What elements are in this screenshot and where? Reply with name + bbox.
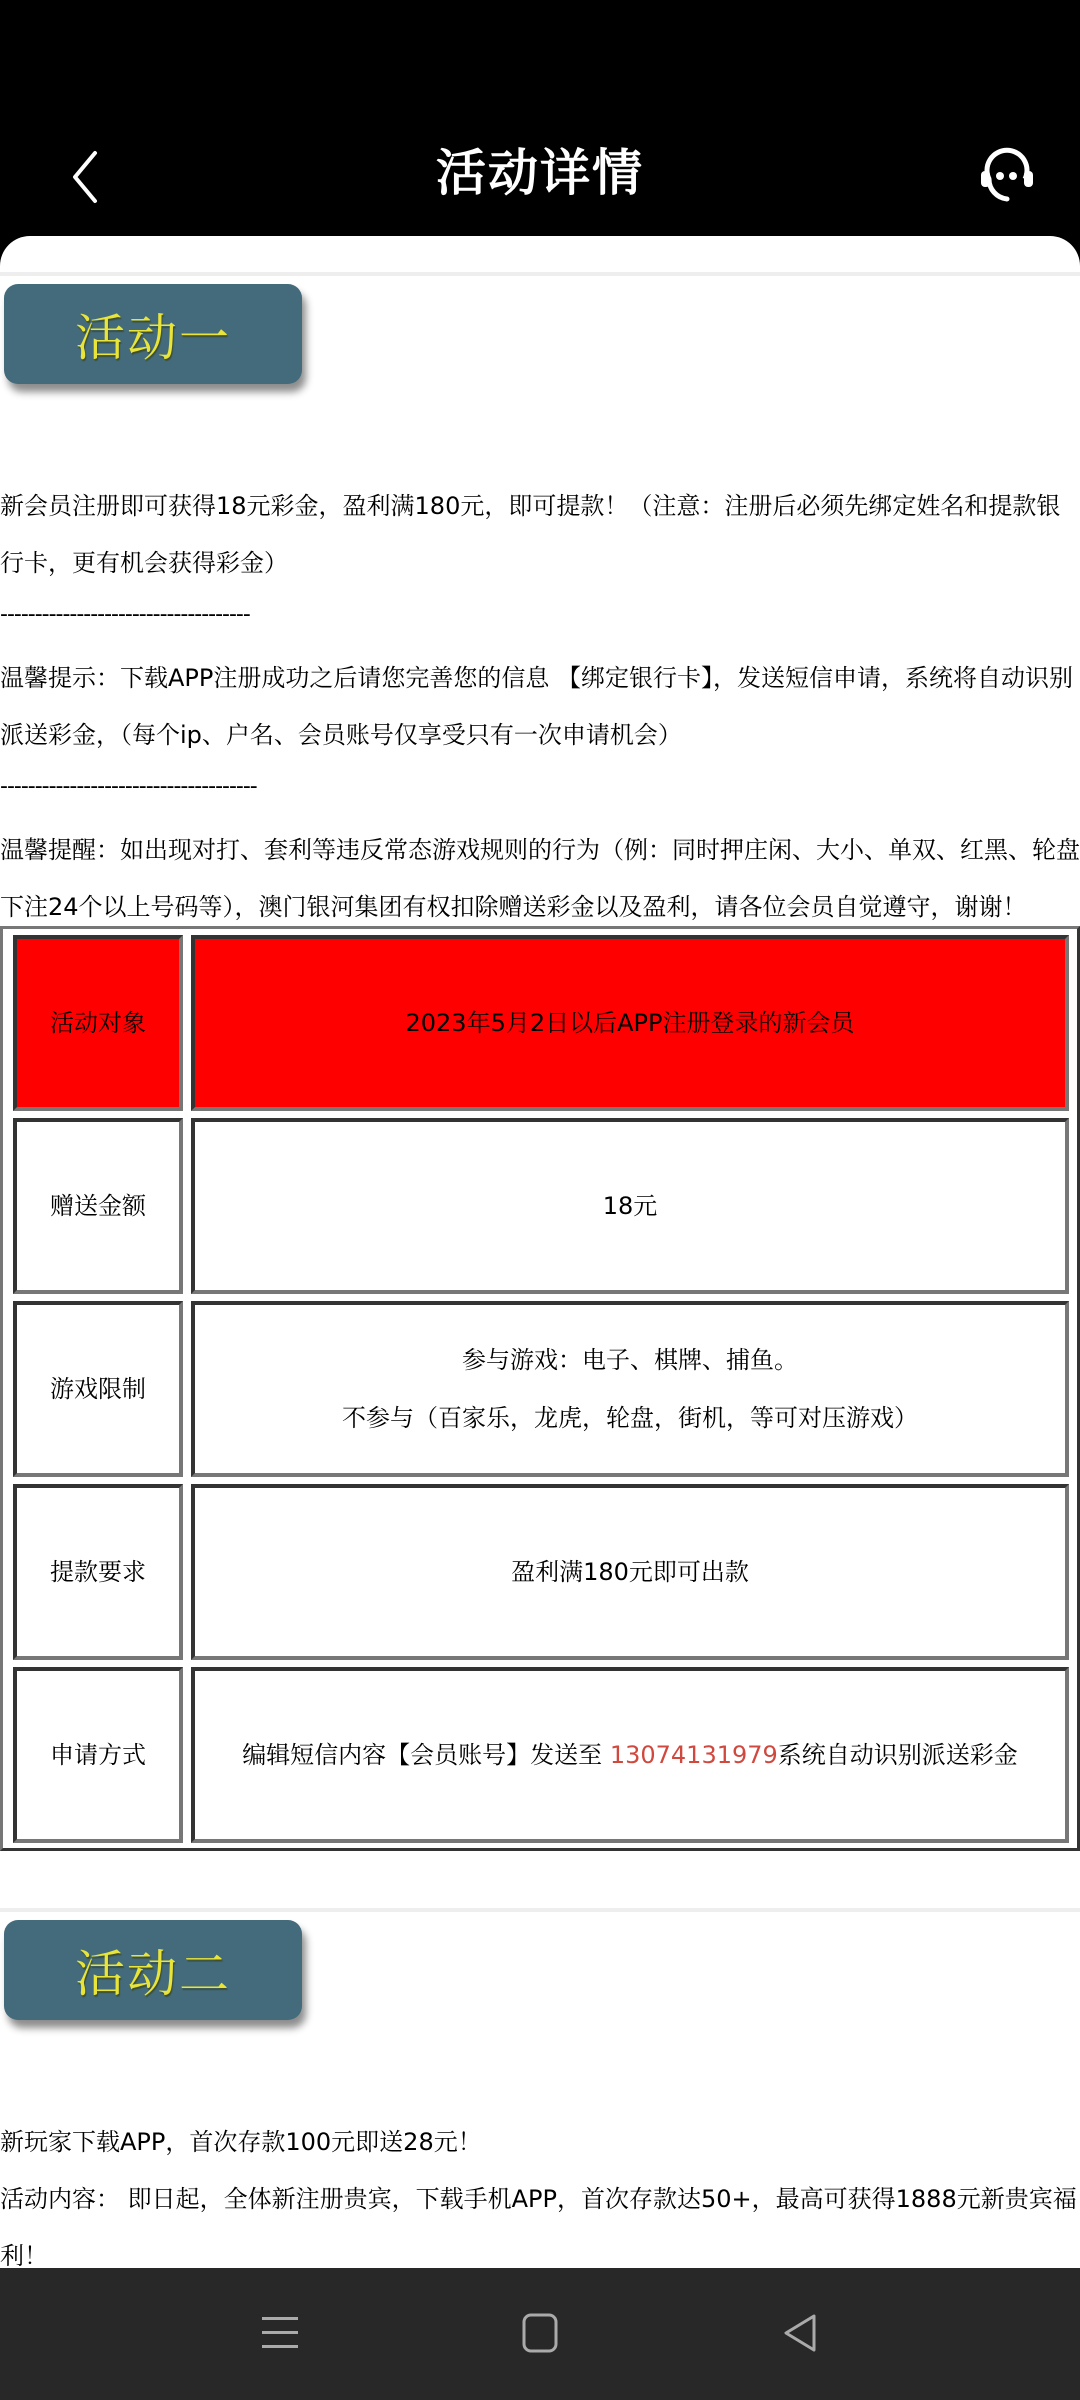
activity-one-label: 活动一 — [75, 298, 231, 370]
app-header: 活动详情 — [0, 120, 1080, 240]
dashed-divider: ------------------------------------- — [0, 774, 257, 799]
activity-content[interactable]: 活动一 新会员注册即可获得18元彩金，盈利满180元，即可提款！（注意：注册后必… — [0, 236, 1080, 2268]
activity-one-warning: 温馨提醒：如出现对打、套利等违反常态游戏规则的行为（例：同时押庄闲、大小、单双、… — [0, 822, 1080, 936]
promo-details-table: 活动对象 2023年5月2日以后APP注册登录的新会员 赠送金额 18元 游戏限… — [0, 926, 1080, 1851]
activity-one-intro: 新会员注册即可获得18元彩金，盈利满180元，即可提款！（注意：注册后必须先绑定… — [0, 478, 1080, 592]
customer-support-button[interactable] — [972, 142, 1042, 212]
menu-icon — [260, 2313, 300, 2353]
activity-one-tip: 温馨提示：下载APP注册成功之后请您完善您的信息 【绑定银行卡】，发送短信申请，… — [0, 650, 1080, 764]
row-label: 提款要求 — [13, 1484, 183, 1660]
system-nav-bar — [0, 2268, 1080, 2400]
apply-instructions: 编辑短信内容【会员账号】发送至 — [242, 1741, 610, 1769]
row-label: 申请方式 — [13, 1667, 183, 1843]
page-title: 活动详情 — [0, 138, 1080, 208]
row-label: 赠送金额 — [13, 1118, 183, 1294]
back-nav-button[interactable] — [760, 2298, 840, 2368]
table-row: 申请方式 编辑短信内容【会员账号】发送至 13074131979系统自动识别派送… — [9, 1667, 1075, 1843]
row-value: 参与游戏：电子、棋牌、捕鱼。 不参与（百家乐，龙虎，轮盘，街机，等可对压游戏） — [191, 1301, 1069, 1477]
row-value: 18元 — [191, 1118, 1069, 1294]
recent-apps-button[interactable] — [240, 2298, 320, 2368]
row-value: 2023年5月2日以后APP注册登录的新会员 — [191, 935, 1069, 1111]
divider — [0, 272, 1080, 276]
row-value: 盈利满180元即可出款 — [191, 1484, 1069, 1660]
divider — [0, 1908, 1080, 1912]
activity-two-content: 活动内容： 即日起，全体新注册贵宾，下载手机APP，首次存款达50+，最高可获得… — [0, 2171, 1080, 2268]
included-games: 参与游戏：电子、棋牌、捕鱼。 — [462, 1331, 798, 1389]
dashed-divider: ------------------------------------ — [0, 602, 250, 627]
activity-two-badge: 活动二 — [4, 1920, 302, 2020]
activity-two-title: 新玩家下载APP，首次存款100元即送28元！ — [0, 2114, 1080, 2171]
row-value: 编辑短信内容【会员账号】发送至 13074131979系统自动识别派送彩金 — [191, 1667, 1069, 1843]
row-label: 游戏限制 — [13, 1301, 183, 1477]
headset-support-icon — [975, 145, 1039, 209]
table-row: 游戏限制 参与游戏：电子、棋牌、捕鱼。 不参与（百家乐，龙虎，轮盘，街机，等可对… — [9, 1301, 1075, 1477]
home-square-icon — [520, 2313, 560, 2353]
sms-phone-number[interactable]: 13074131979 — [610, 1741, 778, 1769]
excluded-games: 不参与（百家乐，龙虎，轮盘，街机，等可对压游戏） — [342, 1389, 918, 1447]
table-row: 赠送金额 18元 — [9, 1118, 1075, 1294]
activity-two-label: 活动二 — [75, 1934, 231, 2006]
activity-one-badge: 活动一 — [4, 284, 302, 384]
apply-instructions-suffix: 系统自动识别派送彩金 — [778, 1741, 1018, 1769]
status-bar — [0, 0, 1080, 120]
row-label: 活动对象 — [13, 935, 183, 1111]
table-row: 提款要求 盈利满180元即可出款 — [9, 1484, 1075, 1660]
back-triangle-icon — [780, 2313, 820, 2353]
home-button[interactable] — [500, 2298, 580, 2368]
table-row: 活动对象 2023年5月2日以后APP注册登录的新会员 — [9, 935, 1075, 1111]
